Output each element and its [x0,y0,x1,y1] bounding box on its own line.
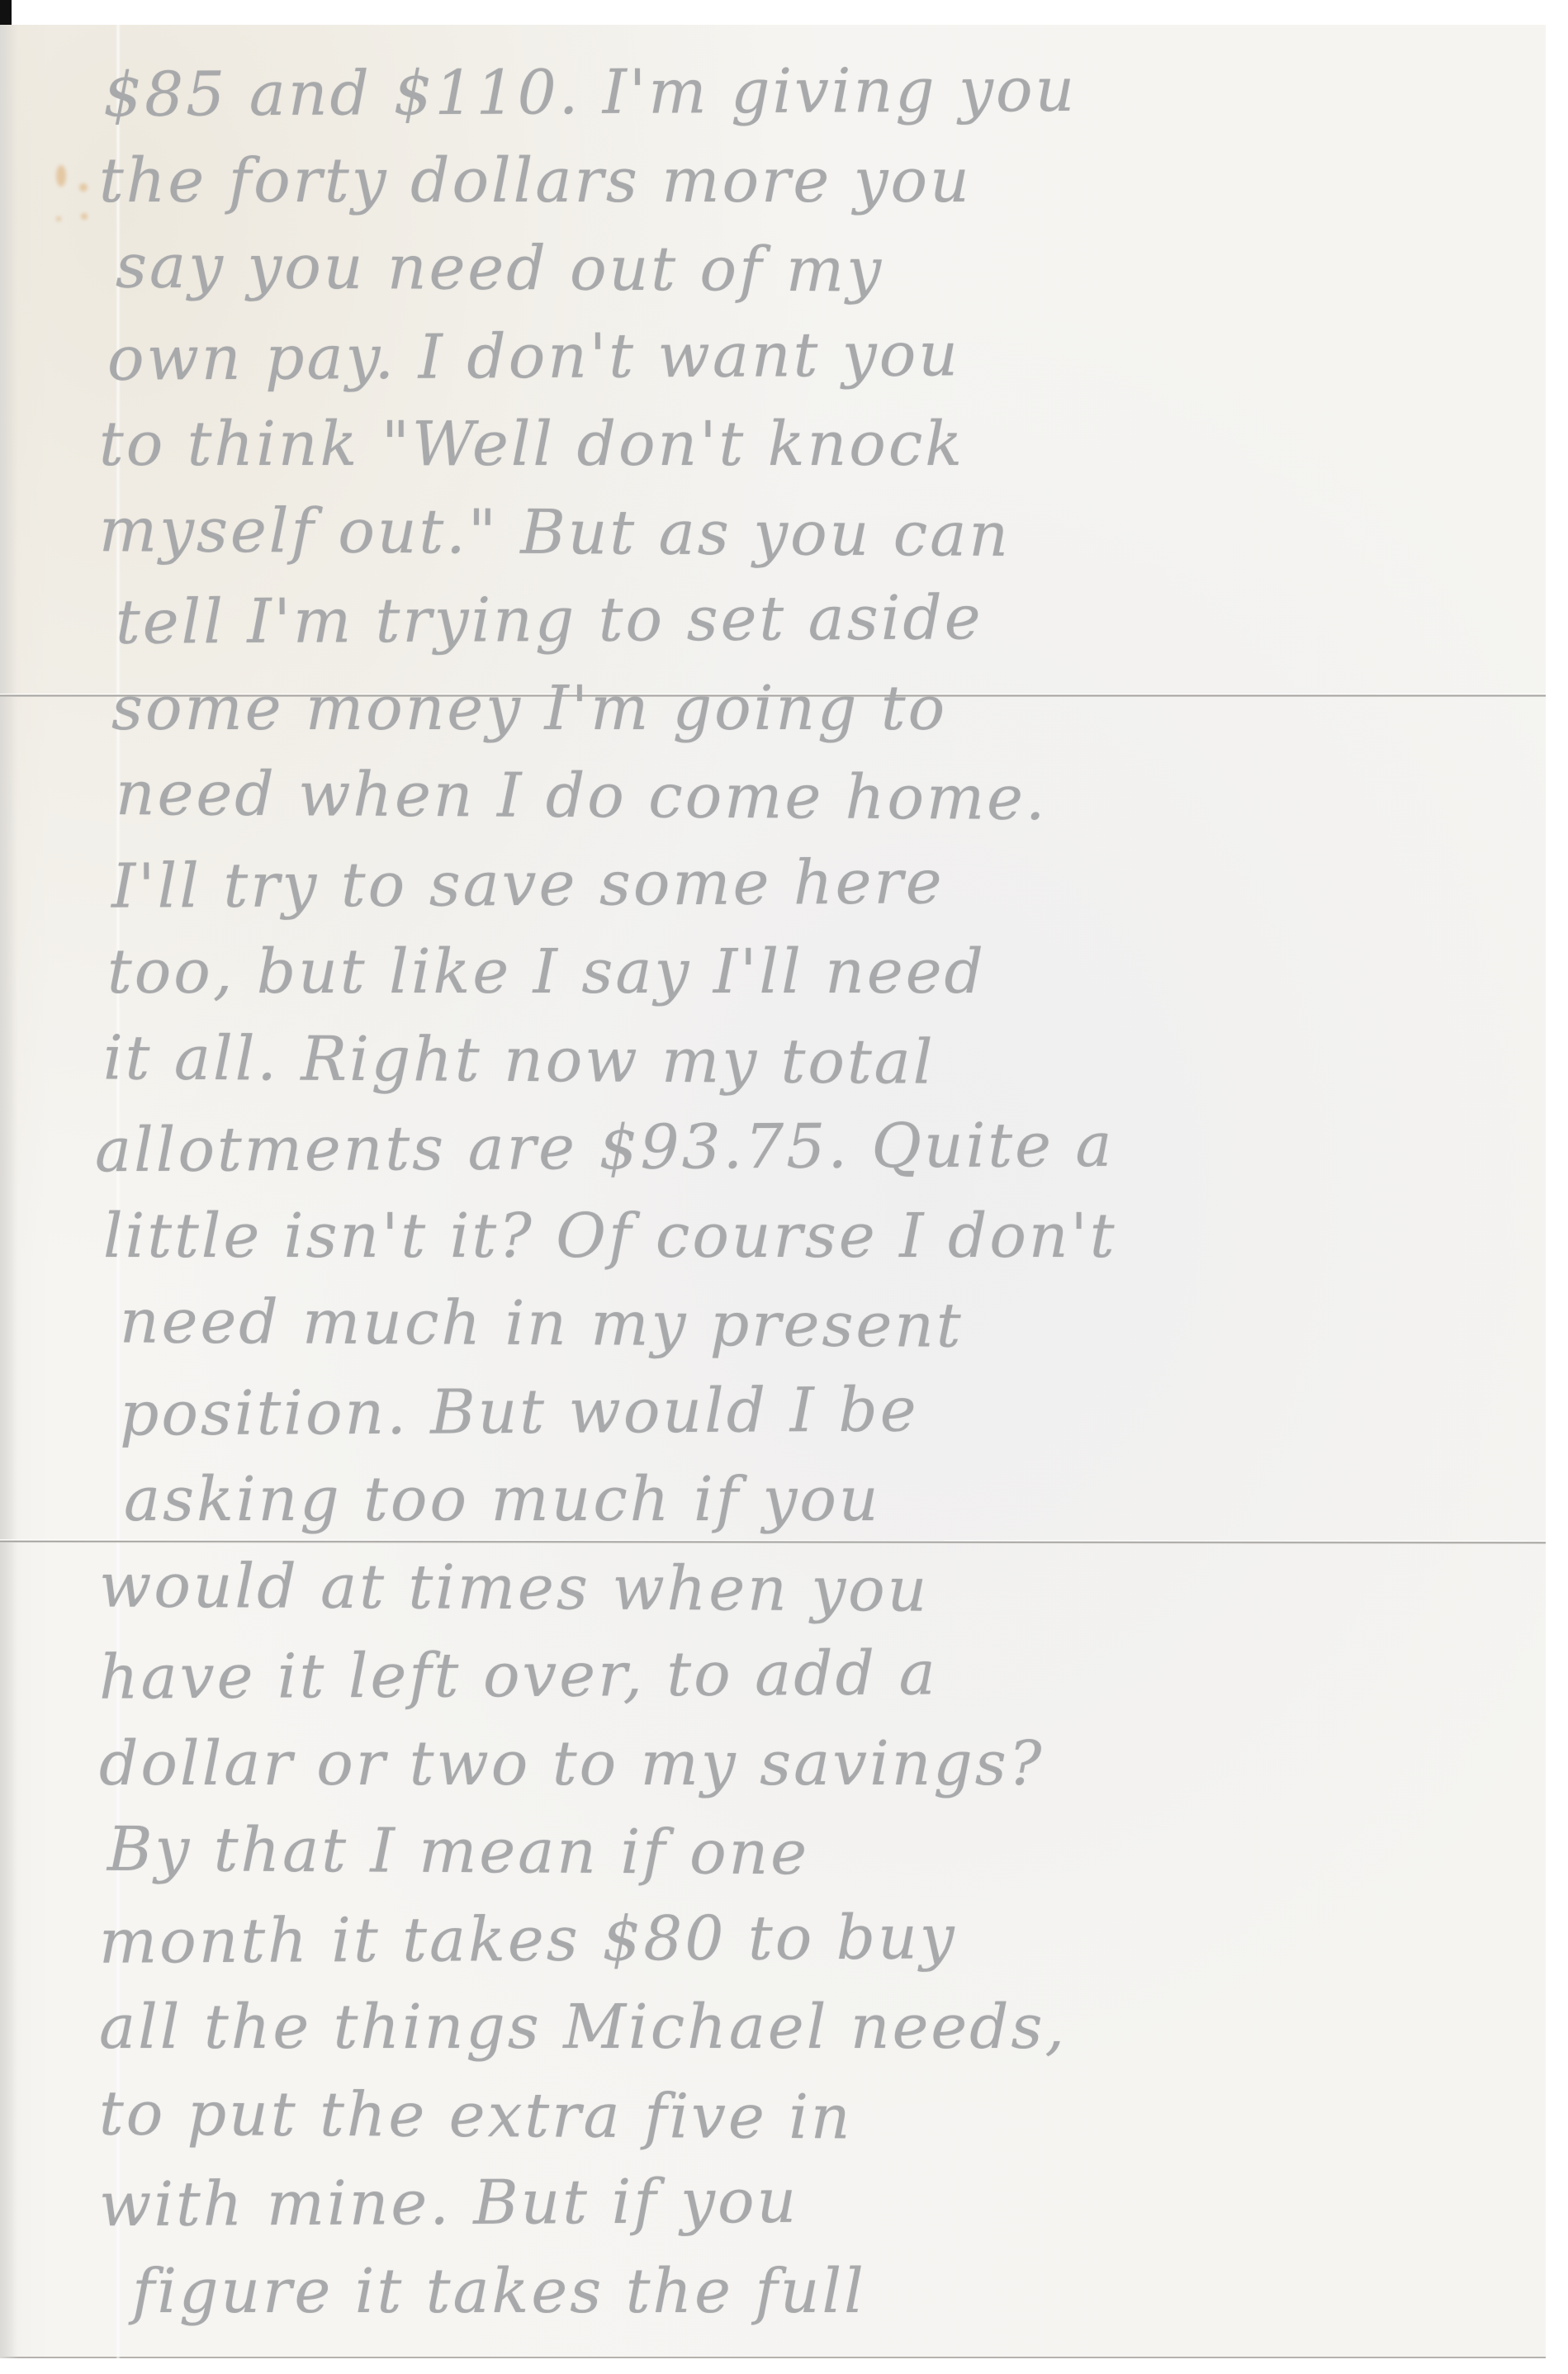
letter-paper: $85 and $110. I'm giving you the forty d… [0,25,1546,2358]
letter-line: figure it takes the full [132,2261,866,2322]
scan-edge-mark [0,0,12,25]
letter-line: I'll try to save some here [111,851,945,917]
letter-line: say you need out of my [116,236,883,301]
letter-line: tell I'm trying to set aside [116,587,983,652]
letter-line: dollar or two to my savings? [99,1733,1044,1794]
letter-line: all the things Michael needs, [99,1997,1067,2058]
scanned-letter-page: $85 and $110. I'm giving you the forty d… [0,0,1568,2374]
letter-line: $85 and $110. I'm giving you [103,59,1078,126]
letter-line: month it takes $80 to buy [99,1907,957,1972]
rust-stain [81,213,88,220]
fold-line-lower [0,1539,1546,1544]
letter-line: asking too much if you [124,1469,881,1530]
letter-line: to think "Well don't knock [99,414,964,475]
rust-stain [56,216,61,221]
letter-line: need much in my present [120,1291,964,1356]
letter-line: it all. Right now my total [103,1027,936,1092]
letter-line: By that I mean if one [107,1819,809,1884]
letter-line: have it left over, to add a [99,1642,938,1708]
letter-line: the forty dollars more you [99,150,972,211]
letter-line: to put the extra five in [99,2083,853,2148]
letter-line: need when I do come home. [116,763,1048,829]
letter-line: would at times when you [99,1555,930,1620]
letter-line: allotments are $93.75. Quite a [95,1115,1115,1181]
letter-line: some money I'm going to [111,678,947,739]
letter-line: own pay. I don't want you [107,324,960,389]
letter-line: myself out." But as you can [99,500,1011,566]
rust-stain [79,183,88,192]
letter-line: too, but like I say I'll need [107,941,986,1002]
letter-line: position. But would I be [120,1379,919,1444]
letter-line: little isn't it? Of course I don't [103,1206,1117,1267]
letter-line: with mine. But if you [99,2171,799,2235]
rust-stain [56,165,66,187]
